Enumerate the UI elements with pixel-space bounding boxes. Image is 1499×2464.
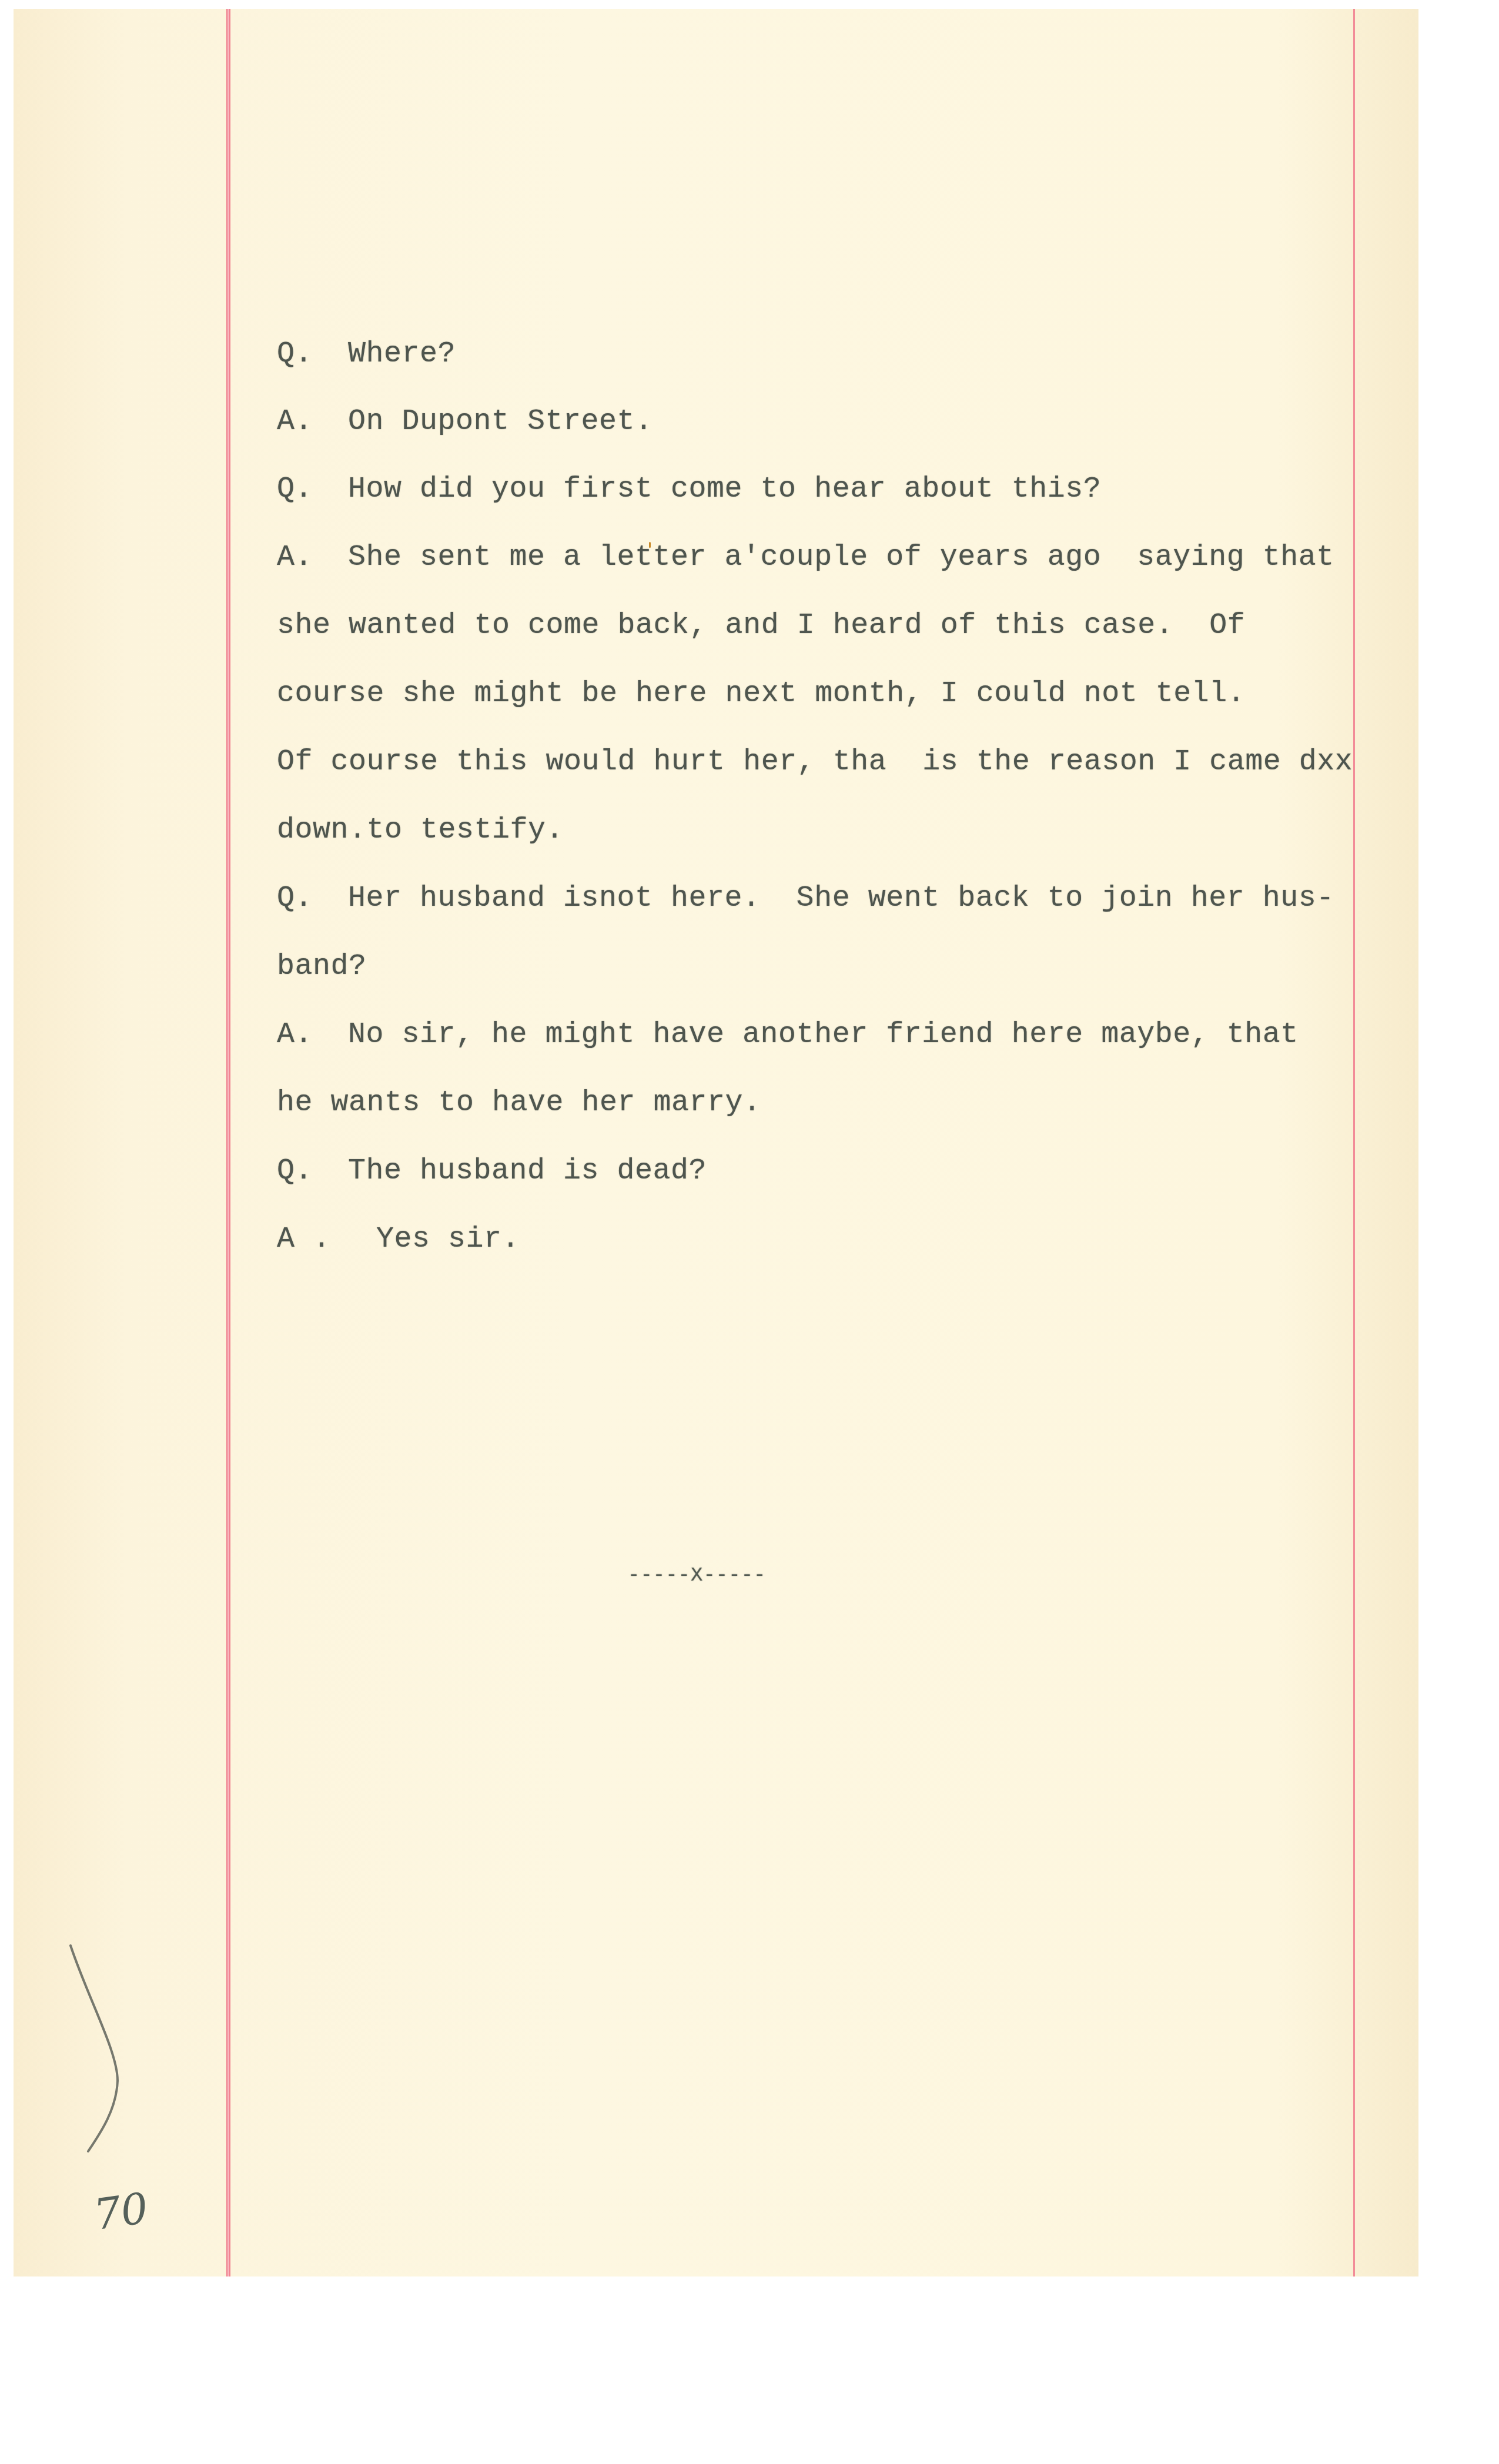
answer-continuation: course she might be here next month, I c…: [277, 679, 1245, 709]
line-label-q: Q.: [277, 884, 313, 913]
line-label-a: A.: [277, 543, 313, 573]
handwritten-page-number: 70: [91, 2183, 151, 2239]
line-label-a: A .: [277, 1225, 331, 1254]
line-label-q: Q.: [277, 475, 313, 504]
handwritten-bracket-mark: [59, 1934, 153, 2169]
question-text: Where?: [348, 340, 456, 369]
answer-text: Yes sir.: [376, 1225, 520, 1254]
line-label-a: A.: [277, 1020, 313, 1050]
line-label-a: A.: [277, 407, 313, 437]
left-margin-rule: [226, 9, 230, 2276]
line-label-q: Q.: [277, 1157, 313, 1186]
right-margin-rule: [1353, 9, 1355, 2276]
question-text: Her husband isnot here. She went back to…: [348, 884, 1334, 913]
answer-text: On Dupont Street.: [348, 407, 653, 437]
answer-continuation: Of course this would hurt her, tha is th…: [277, 748, 1353, 777]
answer-text: She sent me a letter a'couple of years a…: [348, 543, 1334, 573]
line-label-q: Q.: [277, 340, 313, 369]
end-separator: -----X-----: [628, 1565, 766, 1587]
question-continuation: band?: [277, 952, 367, 982]
paper-sheet: [14, 9, 1418, 2276]
answer-text: No sir, he might have another friend her…: [348, 1020, 1299, 1050]
answer-continuation: she wanted to come back, and I heard of …: [277, 611, 1245, 641]
question-text: The husband is dead?: [348, 1157, 707, 1186]
question-text: How did you first come to hear about thi…: [348, 475, 1101, 504]
answer-continuation: he wants to have her marry.: [277, 1089, 761, 1118]
answer-continuation: down.to testify.: [277, 816, 564, 845]
